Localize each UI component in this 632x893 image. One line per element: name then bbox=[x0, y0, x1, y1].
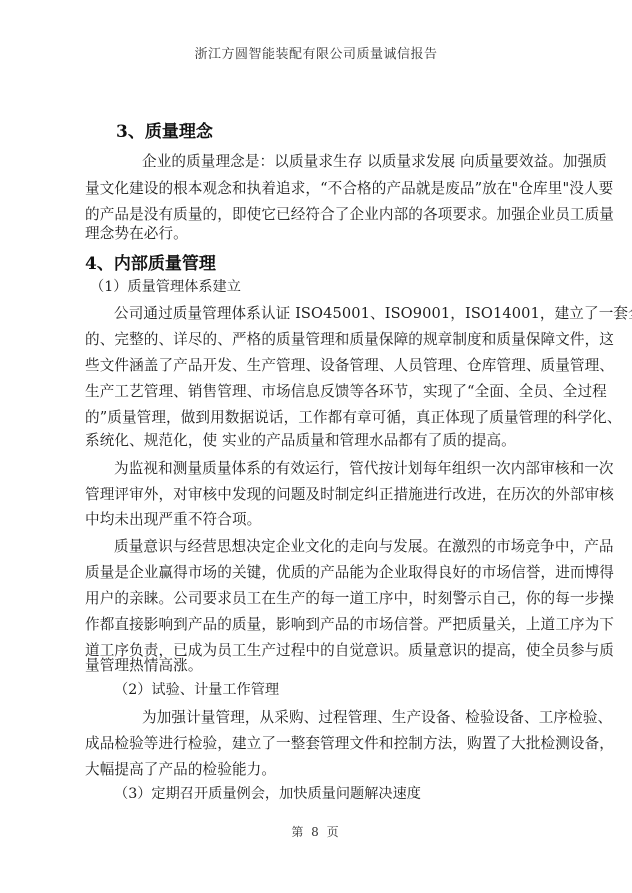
page-number: 第 8 页 bbox=[0, 823, 632, 840]
paragraph-line: 量文化建设的根本观念和执着追求，“不合格的产品就是废品”放在"仓库里"没人要 bbox=[85, 177, 613, 198]
paragraph-line: 作都直接影响到产品的质量，影响到产品的市场信誉。严把质量关，上道工序为下 bbox=[85, 613, 614, 634]
paragraph-line: 系统化、规范化，使 实业的产品质量和管理水品都有了质的提高。 bbox=[85, 429, 516, 450]
paragraph-line: 的、完整的、详尽的、严格的质量管理和质量保障的规章制度和质量保障文件，这 bbox=[85, 328, 614, 349]
section-heading-internal-quality-management: 4、内部质量管理 bbox=[85, 249, 216, 274]
paragraph-line: 管理评审外，对审核中发现的问题及时制定纠正措施进行改进，在历次的外部审核 bbox=[85, 483, 614, 504]
subsection-title-quality-meetings: （3）定期召开质量例会，加快质量问题解决速度 bbox=[114, 783, 421, 803]
paragraph-line: 中均未出现严重不符合项。 bbox=[85, 508, 261, 529]
paragraph-line: 用户的亲睐。公司要求员工在生产的每一道工序中，时刻警示自己，你的每一步操 bbox=[85, 587, 614, 608]
paragraph-line: 些文件涵盖了产品开发、生产管理、设备管理、人员管理、仓库管理、质量管理、 bbox=[85, 354, 614, 375]
paragraph-line: 理念势在必行。 bbox=[85, 222, 188, 243]
page-header-title: 浙江方圆智能装配有限公司质量诚信报告 bbox=[0, 43, 632, 62]
paragraph-line: 量管理热情高涨。 bbox=[85, 654, 203, 675]
paragraph-line: 质量意识与经营思想决定企业文化的走向与发展。在激烈的市场竞争中，产品 bbox=[114, 535, 614, 556]
paragraph-line: 大幅提高了产品的检验能力。 bbox=[85, 758, 276, 779]
paragraph-line: 成品检验等进行检验，建立了一整套管理文件和控制方法，购置了大批检测设备， bbox=[85, 732, 614, 753]
paragraph-line: 质量是企业赢得市场的关键，优质的产品能为企业取得良好的市场信誉，进而博得 bbox=[85, 561, 614, 582]
section-heading-quality-philosophy: 3、质量理念 bbox=[116, 117, 213, 142]
paragraph-line: 公司通过质量管理体系认证 ISO45001、ISO9001，ISO14001，建… bbox=[114, 302, 632, 323]
document-page: 浙江方圆智能装配有限公司质量诚信报告 3、质量理念 企业的质量理念是：以质量求生… bbox=[0, 0, 632, 893]
paragraph-line: 生产工艺管理、销售管理、市场信息反馈等各环节，实现了“全面、全员、全过程 bbox=[85, 380, 607, 401]
paragraph-line: 为监视和测量质量体系的有效运行，管代按计划每年组织一次内部审核和一次 bbox=[114, 457, 614, 478]
paragraph-line: 的”质量管理，做到用数据说话，工作都有章可循，真正体现了质量管理的科学化、 bbox=[85, 406, 622, 427]
paragraph-line: 为加强计量管理，从采购、过程管理、生产设备、检验设备、工序检验、 bbox=[142, 706, 612, 727]
paragraph-line: 的产品是没有质量的，即使它已经符合了企业内部的各项要求。加强企业员工质量 bbox=[85, 203, 614, 224]
subsection-title-testing-metrology: （2）试验、计量工作管理 bbox=[114, 679, 279, 699]
subsection-title-qms-establishment: （1）质量管理体系建立 bbox=[90, 276, 241, 296]
paragraph-line: 企业的质量理念是：以质量求生存 以质量求发展 向质量要效益。加强质 bbox=[142, 150, 607, 171]
